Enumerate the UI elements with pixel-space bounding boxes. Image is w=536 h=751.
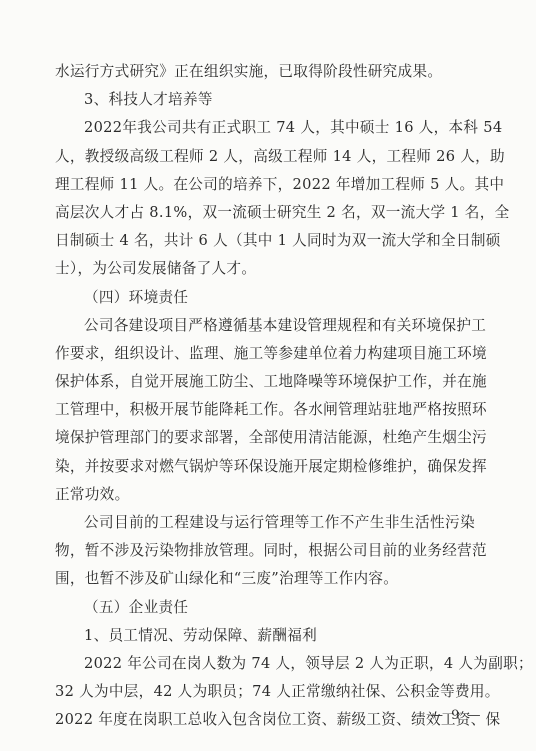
text-line: 公司各建设项目严格遵循基本建设管理规程和有关环境保护工 <box>55 312 475 340</box>
text-line: （五）企业责任 <box>55 594 475 622</box>
text-line: 工管理中，积极开展节能降耗工作。各水闸管理站驻地严格按照环 <box>55 396 475 424</box>
text-line: 保护体系，自觉开展施工防尘、工地降噪等环境保护工作，并在施 <box>55 368 475 396</box>
text-line: 高层次人才占 8.1%，双一流硕士研究生 2 名，双一流大学 1 名，全 <box>55 199 475 227</box>
text-line: 公司目前的工程建设与运行管理等工作不产生非生活性污染 <box>55 509 475 537</box>
text-line: 1、员工情况、劳动保障、薪酬福利 <box>55 622 475 650</box>
text-line: 作要求，组织设计、监理、施工等参建单位着力构建项目施工环境 <box>55 340 475 368</box>
text-line: 境保护管理部门的要求部署，全部使用清洁能源，杜绝产生烟尘污 <box>55 424 475 452</box>
text-line: 围，也暂不涉及矿山绿化和“三废”治理等工作内容。 <box>55 565 475 593</box>
text-line: 日制硕士 4 名，共计 6 人（其中 1 人同时为双一流大学和全日制硕 <box>55 227 475 255</box>
text-line: 32 人为中层，42 人为职员；74 人正常缴纳社保、公积金等费用。 <box>55 678 475 706</box>
text-line: 物，暂不涉及污染物排放管理。同时，根据公司目前的业务经营范 <box>55 537 475 565</box>
text-line: 2022 年度在岗职工总收入包含岗位工资、薪级工资、绩效工资、保 <box>55 706 475 734</box>
document-body: 水运行方式研究》正在组织实施，已取得阶段性研究成果。3、科技人才培养等2022年… <box>55 58 475 735</box>
text-line: 2022 年公司在岗人数为 74 人，领导层 2 人为正职，4 人为副职； <box>55 650 475 678</box>
text-line: 士），为公司发展储备了人才。 <box>55 255 475 283</box>
text-line: 3、科技人才培养等 <box>55 86 475 114</box>
text-line: （四）环境责任 <box>55 284 475 312</box>
text-line: 染，并按要求对燃气锅炉等环保设施开展定期检修维护，确保发挥 <box>55 453 475 481</box>
text-line: 正常功效。 <box>55 481 475 509</box>
text-line: 2022年我公司共有正式职工 74 人，其中硕士 16 人，本科 54 <box>55 114 475 142</box>
text-line: 水运行方式研究》正在组织实施，已取得阶段性研究成果。 <box>55 58 475 86</box>
page-number: — 9 — <box>430 708 483 723</box>
text-line: 理工程师 11 人。在公司的培养下，2022 年增加工程师 5 人。其中 <box>55 171 475 199</box>
text-line: 人，教授级高级工程师 2 人，高级工程师 14 人，工程师 26 人，助 <box>55 143 475 171</box>
